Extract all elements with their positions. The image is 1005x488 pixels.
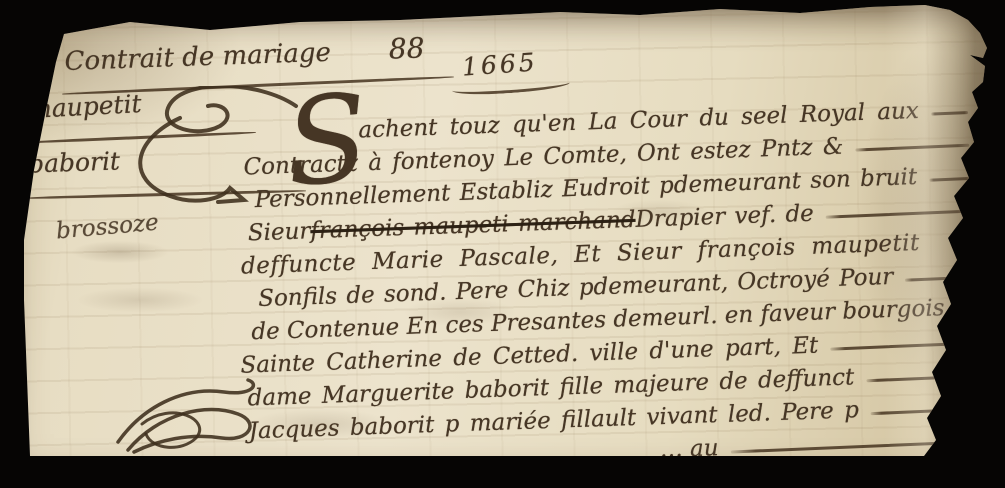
manuscript-scan: Contrait de mariage 88 maupetit baborit … xyxy=(0,0,1005,488)
line-filler-stroke xyxy=(826,210,972,219)
heading-number: 88 xyxy=(388,31,425,65)
margin-name-brossoze: brossoze xyxy=(55,210,160,245)
margin-name-baborit: baborit xyxy=(28,146,121,178)
line-filler-stroke xyxy=(871,408,979,415)
line-filler-stroke xyxy=(905,276,974,281)
line-filler-stroke xyxy=(931,111,968,115)
line-filler-stroke xyxy=(929,177,970,181)
year-annotation: 1665 xyxy=(461,47,538,81)
act-body-text: achent touz qu'en La Cour du seel Royal … xyxy=(228,96,988,485)
torn-paper-sheet: Contrait de mariage 88 maupetit baborit … xyxy=(0,0,1005,488)
margin-heading: Contrait de mariage 88 xyxy=(64,31,425,77)
margin-name-maupetit: maupetit xyxy=(27,89,142,124)
heading-title: Contrait de mariage xyxy=(64,38,331,77)
line-text: … au xyxy=(659,435,719,463)
line-filler-stroke xyxy=(830,342,976,351)
line-filler-stroke xyxy=(992,308,1005,311)
line-filler-stroke xyxy=(855,144,969,151)
margin-underline-1 xyxy=(24,131,256,144)
line-text: Drapier vef. de xyxy=(635,201,814,233)
line-filler-stroke xyxy=(731,440,980,453)
line-text: Sieur xyxy=(247,218,310,246)
line-filler-stroke xyxy=(866,375,977,382)
